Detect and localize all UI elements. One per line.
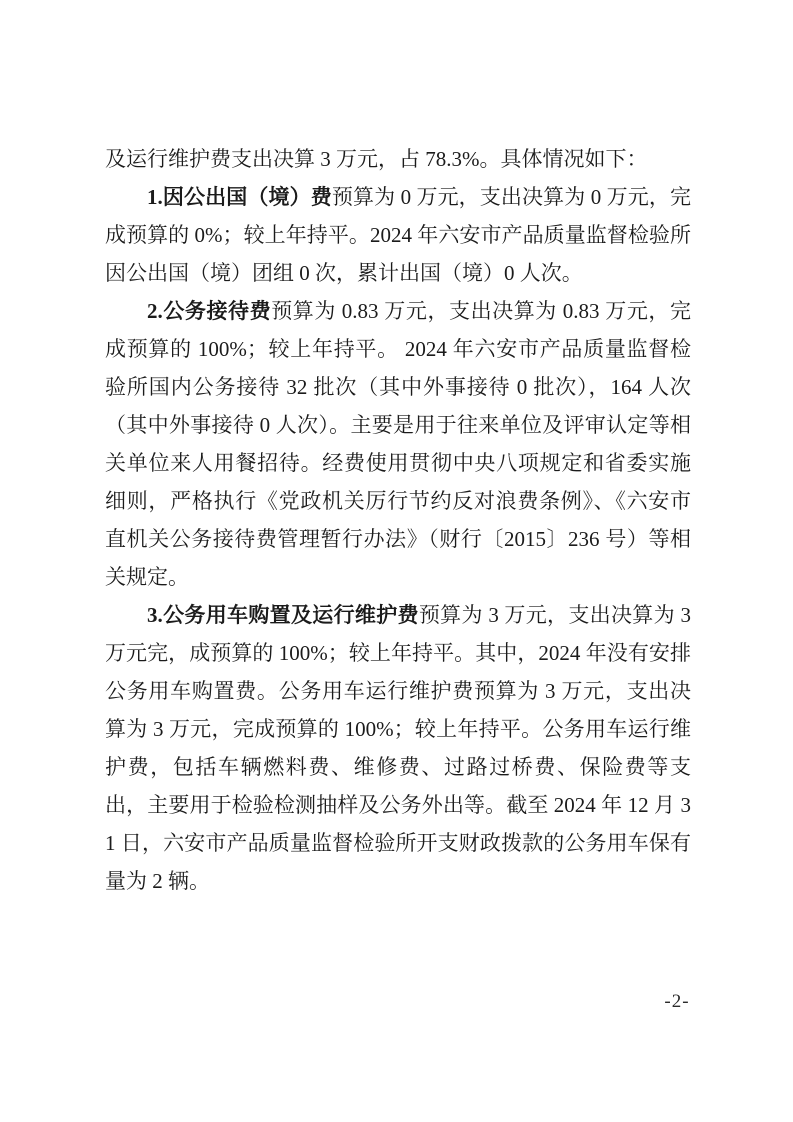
paragraph-continuation: 及运行维护费支出决算 3 万元，占 78.3%。具体情况如下： — [105, 140, 691, 178]
paragraph-heading: 3.公务用车购置及运行维护费 — [147, 603, 419, 627]
paragraph-text: 预算为 0.83 万元，支出决算为 0.83 万元，完成预算的 100%；较上年… — [105, 299, 691, 589]
document-page: 及运行维护费支出决算 3 万元，占 78.3%。具体情况如下： 1.因公出国（境… — [0, 0, 793, 1122]
paragraph-text: 及运行维护费支出决算 3 万元，占 78.3%。具体情况如下： — [105, 147, 648, 171]
document-body: 及运行维护费支出决算 3 万元，占 78.3%。具体情况如下： 1.因公出国（境… — [105, 140, 691, 900]
paragraph-heading: 1.因公出国（境）费 — [147, 185, 332, 209]
paragraph-heading: 2.公务接待费 — [147, 299, 271, 323]
paragraph-item-3: 3.公务用车购置及运行维护费预算为 3 万元，支出决算为 3 万元完，成预算的 … — [105, 596, 691, 900]
paragraph-item-2: 2.公务接待费预算为 0.83 万元，支出决算为 0.83 万元，完成预算的 1… — [105, 292, 691, 596]
paragraph-text: 预算为 3 万元，支出决算为 3 万元完，成预算的 100%；较上年持平。其中，… — [105, 603, 691, 893]
page-number: -2- — [652, 991, 702, 1013]
paragraph-item-1: 1.因公出国（境）费预算为 0 万元，支出决算为 0 万元，完成预算的 0%；较… — [105, 178, 691, 292]
